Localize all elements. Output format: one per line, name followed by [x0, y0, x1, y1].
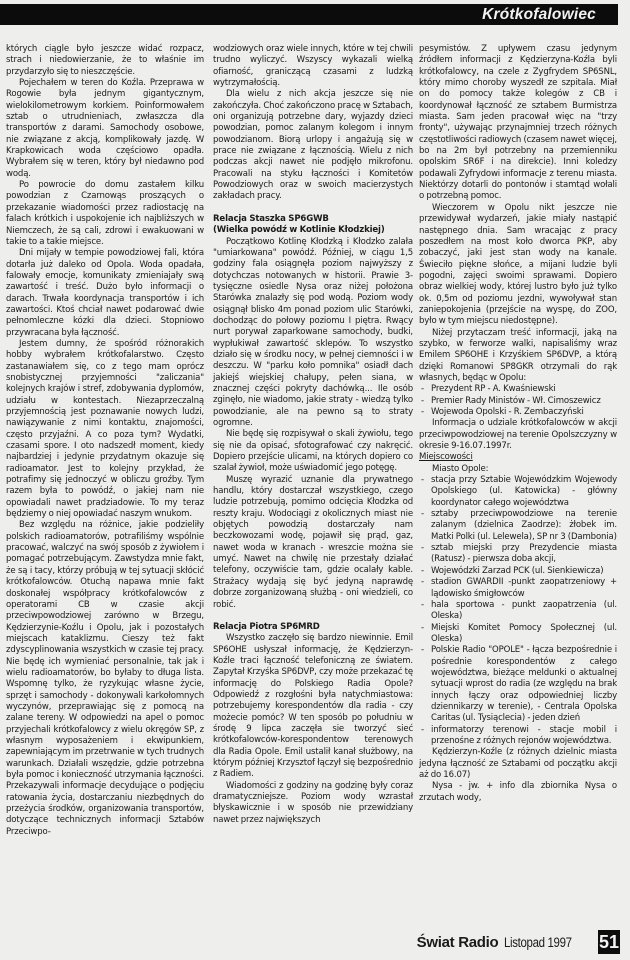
paragraph: pesymistów. Z upływem czasu jedynym źród…: [419, 44, 617, 203]
list-item: informatorzy terenowi - stacje mobil i p…: [419, 725, 617, 748]
paragraph: Nie będę się rozpisywał o skali żywiołu,…: [213, 429, 413, 474]
section-title: Krótkofalowiec: [482, 4, 596, 25]
list-item: Polskie Radio "OPOLE" - łącza bezpośredn…: [419, 645, 617, 724]
list-item: hala sportowa - punkt zaopatrzenia (ul. …: [419, 600, 617, 623]
list-item: sztab miejski przy Prezydencie miasta (R…: [419, 543, 617, 566]
list-item: Wojewoda Opolski - R. Zembaczyński: [419, 407, 617, 418]
paragraph: których ciągle było jeszcze widać rozpac…: [6, 44, 204, 78]
list-item: Premier Rady Ministów - Wł. Cimoszewicz: [419, 396, 617, 407]
list-item: Miejski Komitet Pomocy Społecznej (ul. O…: [419, 623, 617, 646]
subheading-staszek-subtitle: (Wielka powódź w Kotlinie Kłodzkiej): [213, 225, 413, 236]
subheading-piotr: Relacja Piotra SP6MRD: [213, 622, 413, 633]
paragraph: Pojechałem w teren do Koźla. Przeprawa w…: [6, 78, 204, 180]
opole-stations-list: stacja przy Sztabie Wojewódzkim Wojewody…: [419, 475, 617, 747]
city-label: Miasto Opole:: [419, 464, 617, 475]
paragraph: Dni mijały w tempie powodziowej fali, kt…: [6, 248, 204, 339]
paragraph: Kędzierzyn-Koźle (z różnych dzielnic mia…: [419, 747, 617, 781]
section-header-bar: Krótkofalowiec: [0, 4, 618, 25]
paragraph: Niżej przytaczam treść informacji, jaką …: [419, 328, 617, 385]
paragraph: Po powrocie do domu zastałem kilku powod…: [6, 180, 204, 248]
issue-date: Listopad 1997: [504, 935, 572, 950]
paragraph: wodziowych oraz wiele innych, które w te…: [213, 44, 413, 89]
page-footer: Świat Radio Listopad 1997 51: [417, 929, 620, 955]
article-column-2: wodziowych oraz wiele innych, które w te…: [213, 44, 413, 826]
paragraph: Muszę wyrazić uznanie dla prywatnego han…: [213, 475, 413, 611]
paragraph: Jestem dumny, że spośród różnorakich hob…: [6, 339, 204, 521]
magazine-name: Świat Radio: [417, 934, 499, 951]
list-item: Prezydent RP - A. Kwaśniewski: [419, 384, 617, 395]
paragraph: Początkowo Kotlinę Kłodzką i Kłodzko zal…: [213, 237, 413, 430]
paragraph: Wiadomości z godziny na godzinę były cor…: [213, 781, 413, 826]
paragraph: Bez względu na różnice, jakie podzieliły…: [6, 520, 204, 838]
paragraph: Informacja o udziale krótkofalowców w ak…: [419, 418, 617, 452]
list-item: stadion GWARDII -punkt zaopatrzeniowy + …: [419, 577, 617, 600]
paragraph: Nysa - jw. + info dla zbiornika Nysa o z…: [419, 781, 617, 804]
paragraph: Wszystko zaczęło się bardzo niewinnie. E…: [213, 633, 413, 780]
article-column-1: których ciągle było jeszcze widać rozpac…: [6, 44, 204, 838]
paragraph: Dla wielu z nich akcja jeszcze się nie z…: [213, 89, 413, 202]
recipients-list: Prezydent RP - A. Kwaśniewski Premier Ra…: [419, 384, 617, 418]
places-label: Miejscowości: [419, 452, 617, 463]
list-item: stacja przy Sztabie Wojewódzkim Wojewody…: [419, 475, 617, 509]
paragraph: Wieczorem w Opolu nikt jeszcze nie przew…: [419, 203, 617, 328]
subheading-staszek: Relacja Staszka SP6GWB: [213, 214, 413, 225]
list-item: Wojewódzki Zarzad PCK (ul. Sienkiewicza): [419, 566, 617, 577]
page-number: 51: [598, 930, 620, 954]
list-item: sztaby przeciwpowodziowe na terenie zala…: [419, 509, 617, 543]
article-column-3: pesymistów. Z upływem czasu jedynym źród…: [419, 44, 617, 804]
